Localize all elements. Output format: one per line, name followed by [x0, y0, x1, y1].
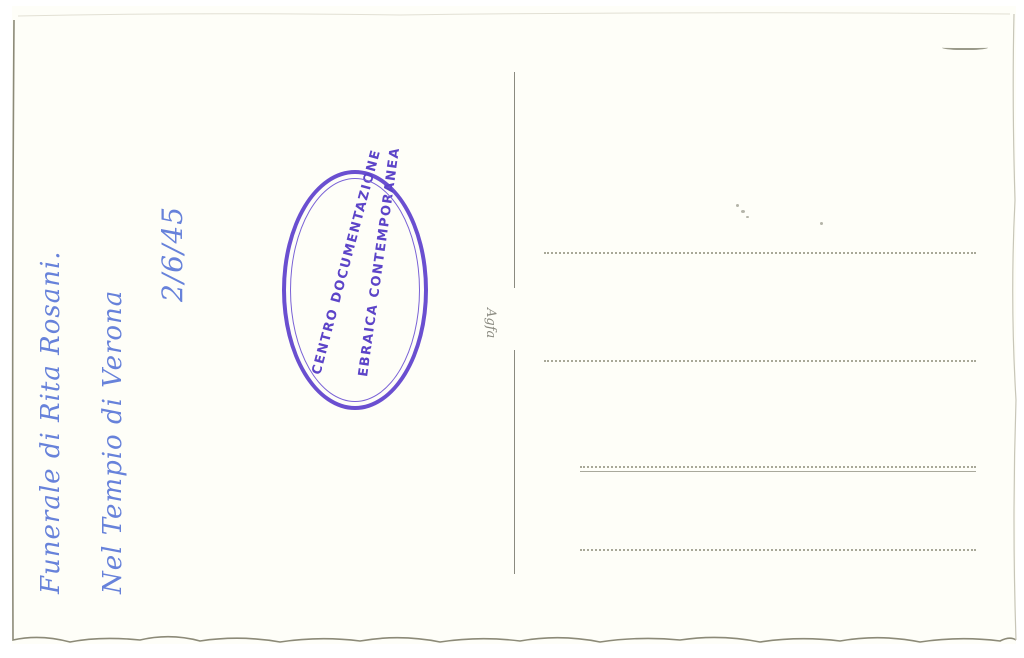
stamp-text-line2: EBRAICA CONTEMPORANEA: [356, 197, 396, 377]
archive-stamp: CENTRO DOCUMENTAZIONE EBRAICA CONTEMPORA…: [282, 170, 428, 410]
address-line: [544, 252, 976, 254]
paper-speck: [820, 222, 823, 225]
divider-gap: [505, 288, 525, 350]
paper-speck: [746, 216, 749, 218]
corner-pencil-mark: [942, 44, 988, 50]
handwritten-date: 2/6/45: [156, 206, 189, 302]
handwritten-caption-line2: Nel Tempio di Verona: [98, 290, 128, 594]
stamp-text-line1: CENTRO DOCUMENTAZIONE: [309, 199, 370, 377]
address-line: [544, 360, 976, 362]
paper-speck: [736, 204, 739, 207]
paper-speck: [741, 210, 745, 213]
divider-brand-mark: Agfa: [483, 308, 498, 358]
address-line: [580, 466, 976, 468]
address-line: [580, 549, 976, 551]
handwritten-caption-line1: Funerale di Rita Rosani.: [36, 250, 66, 594]
